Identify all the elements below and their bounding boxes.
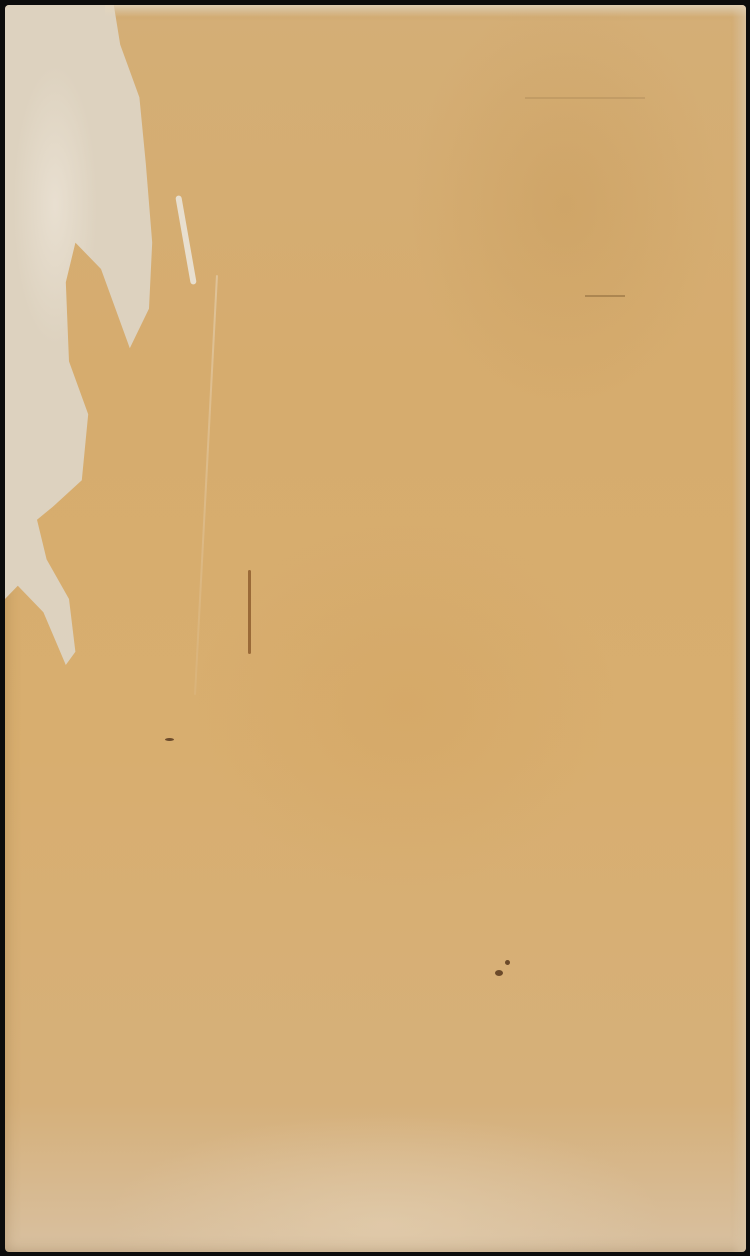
torn-pale-area [5,5,165,665]
crease-line [194,275,218,695]
stain-spot [505,960,510,965]
aged-paper-card [5,5,746,1252]
worn-top-edge [105,5,746,17]
faint-mark [525,97,645,99]
stain-streak [248,570,251,654]
stain-spot [495,970,503,976]
paper-tear [175,195,197,285]
photo-stage [0,0,750,1256]
worn-right-edge [732,5,746,1252]
stain-spot [165,738,174,741]
faint-mark [585,295,625,297]
